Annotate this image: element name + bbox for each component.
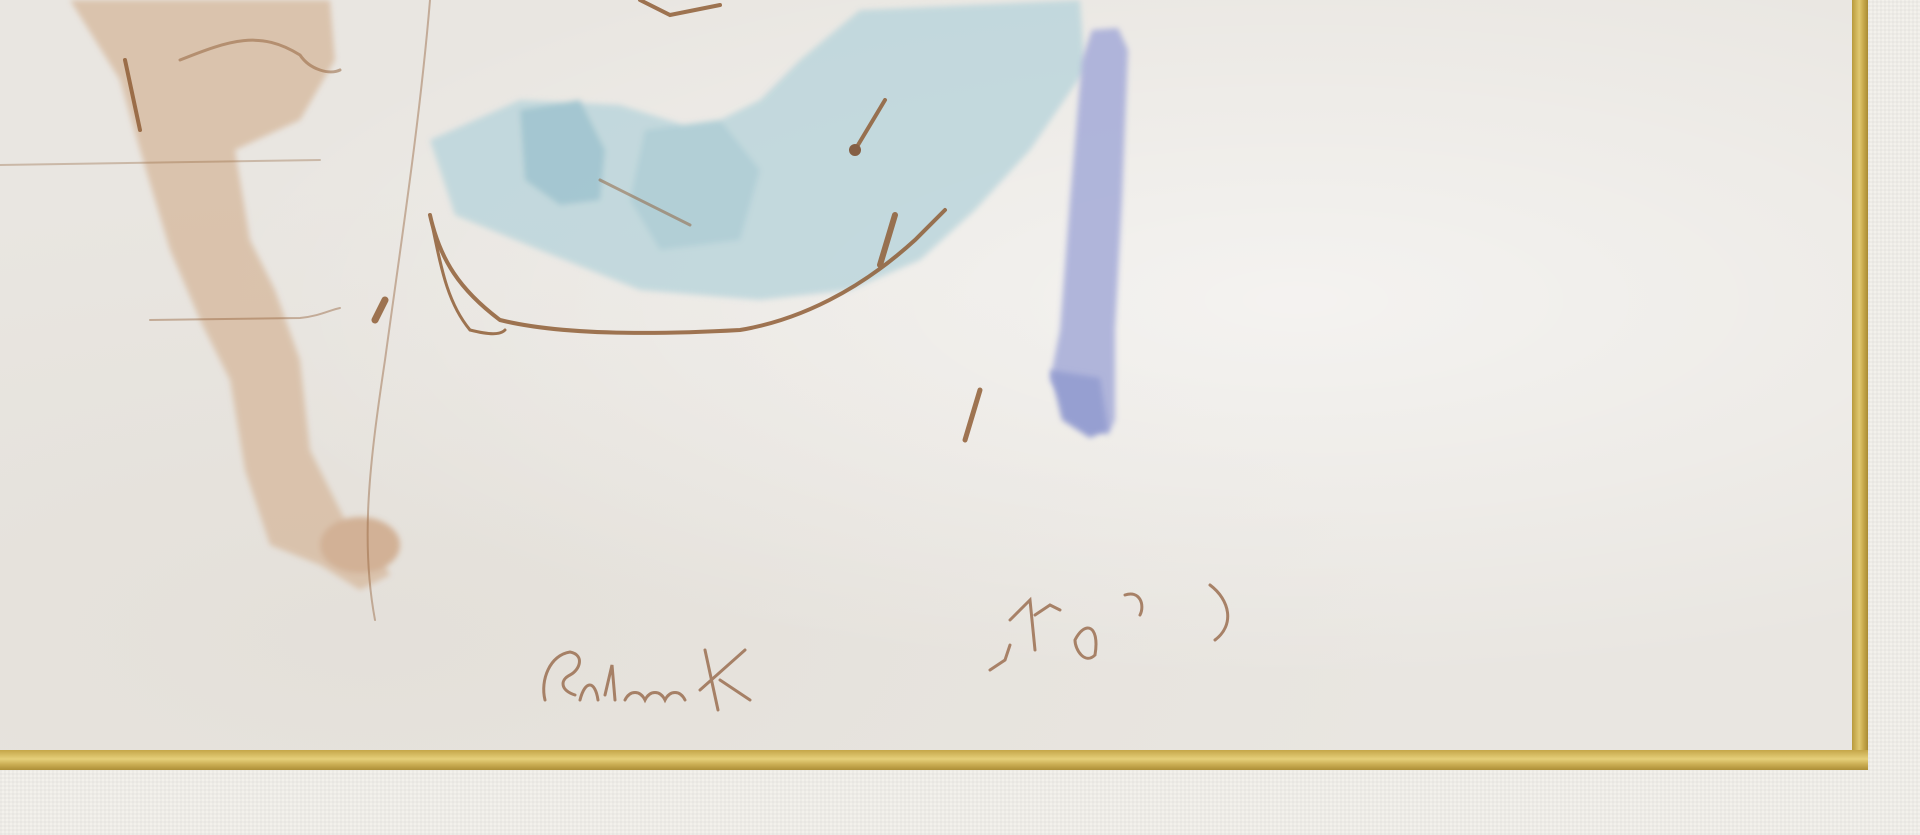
sepia-wash (70, 0, 400, 590)
artist-signature (544, 585, 1228, 710)
blue-wash (430, 0, 1085, 300)
framed-watercolor-photo: Schenck 1922 (0, 0, 1920, 835)
watercolor-artwork (0, 0, 1920, 835)
